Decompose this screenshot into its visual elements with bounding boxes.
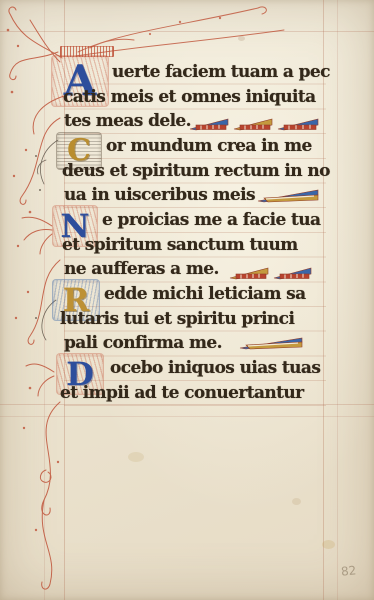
line-filler-pennant [238, 337, 306, 351]
text-line: catis meis et omnes iniquita [63, 87, 316, 110]
text-line: ua in uisceribus meis [64, 185, 255, 208]
text-line: lutaris tui et spiritu princi [60, 309, 294, 332]
text-line: or mundum crea in me [106, 136, 312, 159]
line-filler-pennants [228, 266, 314, 281]
folio-number: 82 [340, 563, 357, 579]
line-filler-pennants [188, 117, 322, 132]
text-line: e proicias me a facie tua [102, 210, 320, 233]
text-line: uerte faciem tuam a pec [112, 62, 330, 85]
text-line: et impii ad te conuertantur [60, 383, 304, 406]
text-line: et spiritum sanctum tuum [62, 235, 298, 258]
text-line: edde michi leticiam sa [104, 284, 306, 307]
line-filler-pennant [256, 189, 322, 204]
ruling-vertical-right [323, 0, 324, 600]
parchment-stain [238, 36, 245, 41]
text-line: tes meas dele. [64, 111, 191, 134]
parchment-stain [292, 498, 301, 505]
text-line: pali confirma me. [64, 333, 222, 356]
parchment-stain [128, 452, 144, 462]
text-line: deus et spiritum rectum in no [62, 161, 330, 184]
text-line: ocebo iniquos uias tuas [110, 358, 320, 381]
text-line: ne aufferas a me. [64, 259, 219, 282]
ruling-vertical-outer-right [337, 0, 338, 600]
manuscript-page: A C N R D uerte faciem tuam a pec catis … [0, 0, 374, 600]
parchment-stain [322, 540, 335, 549]
